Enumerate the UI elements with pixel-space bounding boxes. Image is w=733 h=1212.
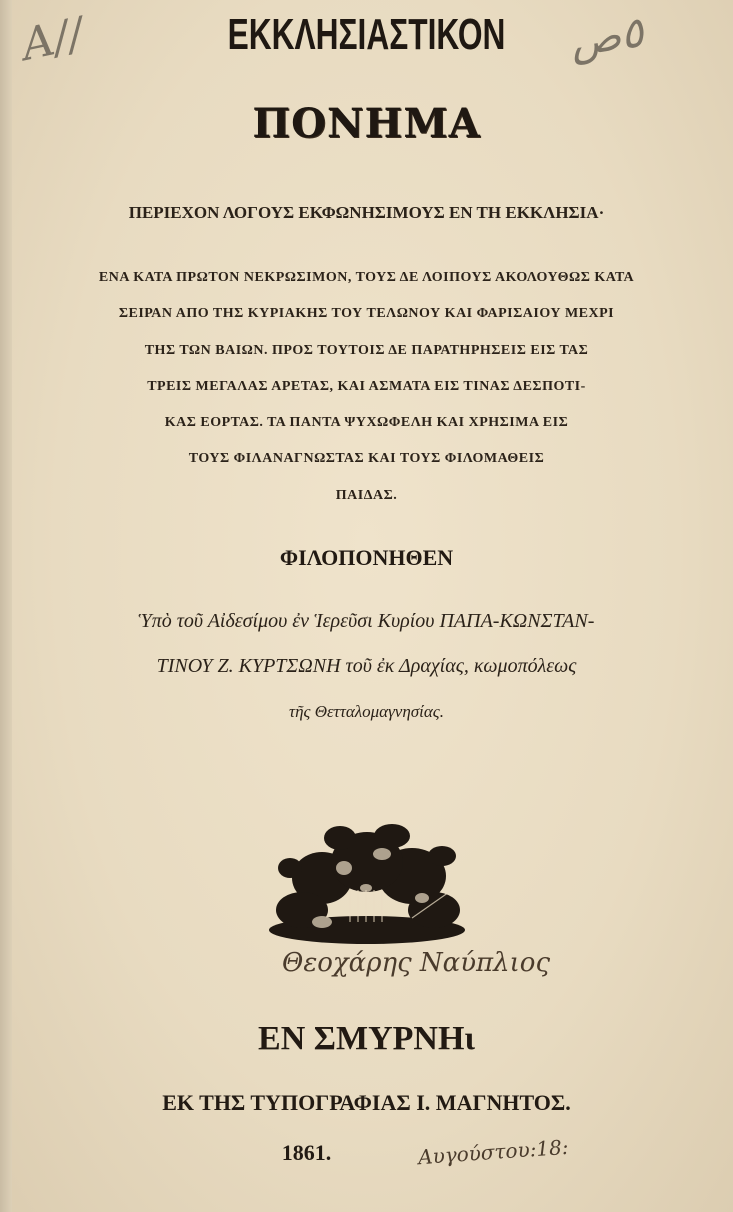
description-line: ΤΟΥΣ ΦΙΛΑΝΑΓΝΩΣΤΑΣ ΚΑΙ ΤΟΥΣ ΦΙΛΟΜΑΘΕΙΣ: [0, 451, 733, 467]
printer: ΕΚ ΤΗΣ ΤΥΠΟΓΡΑΦΙΑΣ Ι. ΜΑΓΝΗΤΟΣ.: [0, 1090, 733, 1116]
description-line: ΤΗΣ ΤΩΝ ΒΑΙΩΝ. ΠΡΟΣ ΤΟΥΤΟΙΣ ΔΕ ΠΑΡΑΤΗΡΗΣ…: [0, 343, 733, 359]
title-line-1: ΕΚΚΛΗΣΙΑΣΤΙΚΟΝ: [103, 10, 631, 60]
description-line: ΚΑΣ ΕΟΡΤΑΣ. ΤΑ ΠΑΝΤΑ ΨΥΧΩΦΕΛΗ ΚΑΙ ΧΡΗΣΙΜ…: [0, 415, 733, 431]
fruit-basket-vignette-icon: [262, 818, 472, 946]
description-line: ΣΕΙΡΑΝ ΑΠΟ ΤΗΣ ΚΥΡΙΑΚΗΣ ΤΟΥ ΤΕΛΩΝΟΥ ΚΑΙ …: [0, 306, 733, 322]
author-line: Ὑπὸ τοῦ Αἰδεσίμου ἐν Ἱερεῦσι Κυρίου ΠΑΠΑ…: [0, 610, 733, 633]
title-line-2: ΠΟΝΗΜΑ: [0, 100, 733, 147]
author-line: τῆς Θετταλομαγνησίας.: [0, 702, 733, 722]
subtitle: ΠΕΡΙΕΧΟΝ ΛΟΓΟΥΣ ΕΚΦΩΝΗΣΙΜΟΥΣ ΕΝ ΤΗ ΕΚΚΛΗ…: [0, 203, 733, 223]
title-page: A// ٥ص ΕΚΚΛΗΣΙΑΣΤΙΚΟΝ ΠΟΝΗΜΑ ΠΕΡΙΕΧΟΝ ΛΟ…: [0, 0, 733, 1212]
place-of-publication: ΕΝ ΣΜΥΡΝΗι: [0, 1020, 733, 1058]
publication-year: 1861.: [0, 1140, 673, 1166]
handwritten-signature: Θεοχάρης Ναύπλιος: [282, 948, 550, 978]
author-line: ΤΙΝΟΥ Ζ. ΚΥΡΤΣΩΝΗ τοῦ ἐκ Δραχίας, κωμοπό…: [0, 655, 733, 678]
description-line: ΤΡΕΙΣ ΜΕΓΑΛΑΣ ΑΡΕΤΑΣ, ΚΑΙ ΑΣΜΑΤΑ ΕΙΣ ΤΙΝ…: [0, 379, 733, 395]
pencil-annotation: A//: [17, 8, 88, 71]
author-heading: ΦΙΛΟΠΟΝΗΘΕΝ: [0, 545, 733, 571]
description-line: ΕΝΑ ΚΑΤΑ ΠΡΩΤΟΝ ΝΕΚΡΩΣΙΜΟΝ, ΤΟΥΣ ΔΕ ΛΟΙΠ…: [0, 270, 733, 286]
description-line: ΠΑΙΔΑΣ.: [0, 488, 733, 504]
